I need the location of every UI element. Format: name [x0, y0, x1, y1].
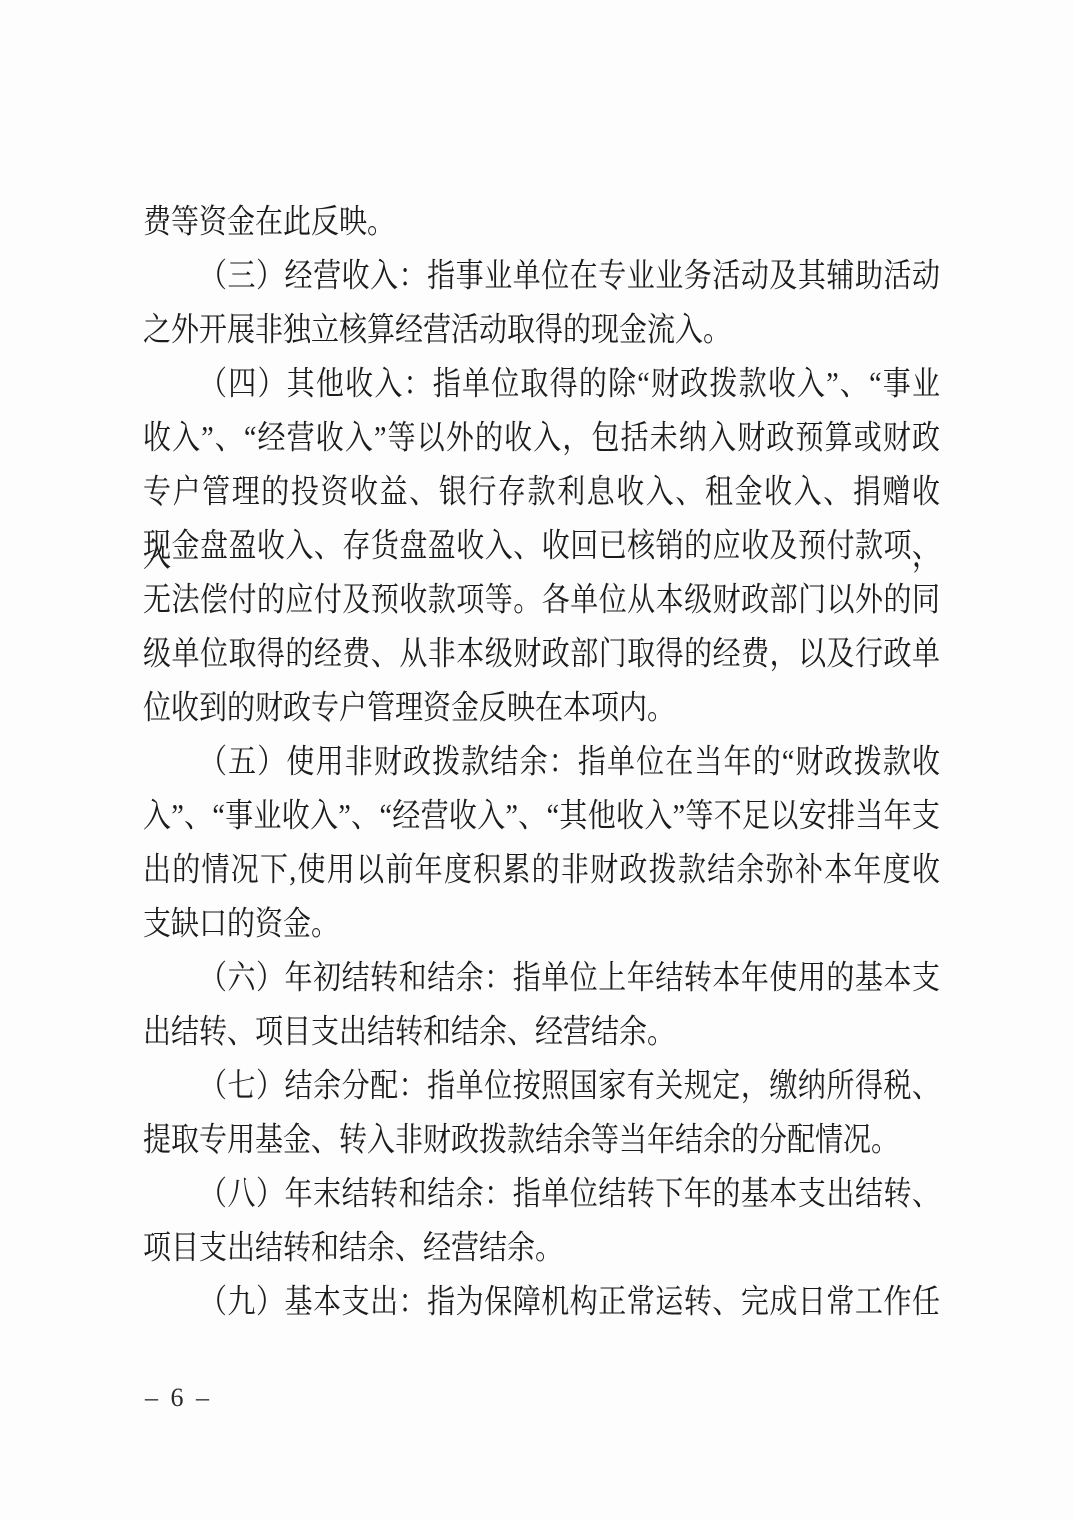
page-number: – 6 – [145, 1382, 212, 1414]
text-line: （九）基本支出：指为保障机构正常运转、完成日常工作任 [143, 1271, 940, 1335]
document-body: 费等资金在此反映。 （三）经营收入：指事业单位在专业业务活动及其辅助活动 之外开… [143, 196, 940, 1330]
document-page: 费等资金在此反映。 （三）经营收入：指事业单位在专业业务活动及其辅助活动 之外开… [0, 0, 1074, 1520]
